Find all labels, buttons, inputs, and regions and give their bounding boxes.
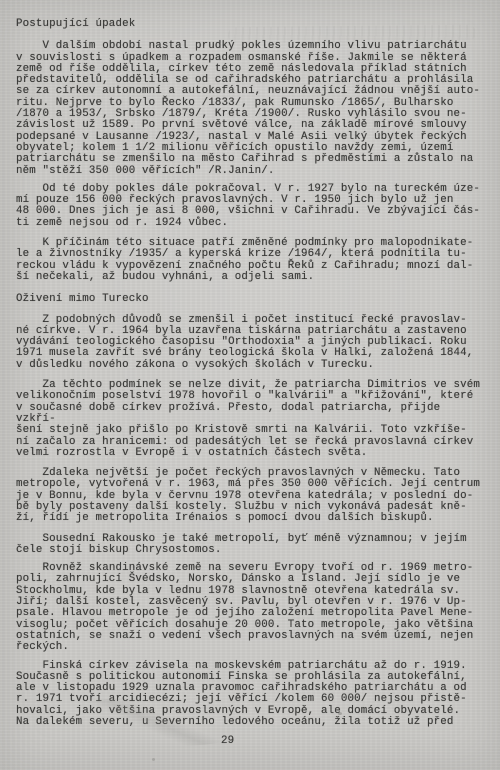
paragraph-priciny-situace: K příčinám této situace patří změněné po…: [16, 238, 486, 283]
paragraph-skandinavie-metropole: Rovněž skandinávské země na severu Evrop…: [16, 563, 486, 653]
scan-speck-artifact: [152, 758, 155, 761]
paragraph-patriarcha-dimitrios: Za těchto podmínek se nelze divit, že pa…: [16, 380, 486, 459]
page-number: 29: [16, 736, 486, 747]
paragraph-rakousko-metropole: Sousední Rakousko je také metropolí, byť…: [16, 534, 486, 557]
section-heading-postupujici-upadek: Postupující úpadek: [16, 19, 486, 30]
paragraph-finska-cirkev: Finská církev závisela na moskevském pat…: [16, 661, 486, 729]
scanned-document-page: Postupující úpadek V dalším období nasta…: [0, 0, 500, 770]
section-heading-oziveni-mimo-turecko: Oživení mimo Turecko: [16, 294, 486, 305]
paragraph-nemecko-metropole: Zdaleka největší je počet řeckých pravos…: [16, 468, 486, 524]
paragraph-uzemni-pokles: V dalším období nastal prudký pokles úze…: [16, 41, 486, 177]
paragraph-instituce-cirkve: Z podobných důvodů se zmenšil i počet in…: [16, 315, 486, 371]
paragraph-pokles-poctu-vericich: Od té doby pokles dále pokračoval. V r. …: [16, 184, 486, 229]
